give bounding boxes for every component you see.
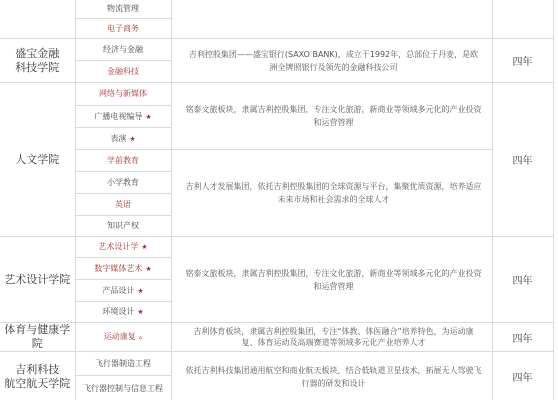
description-cell: 铭泰文旅板块，隶属吉利控股集团，专注文化旅游，新商业等领域多元化的产业投资和运营… (171, 83, 492, 150)
years-cell: 四年 (492, 237, 553, 323)
years-cell: 四年 (492, 352, 553, 400)
college-cell: 吉利科技 航空航天学院 (0, 352, 75, 400)
description-cell: 吉利人才发展集团，依托吉利控股集团的全球资源与平台，集聚优质资源，培养适应未来市… (171, 150, 492, 237)
star-icon: ★ (137, 287, 143, 295)
major-cell: 小学教育 (75, 172, 171, 194)
triangle-icon: ▵ (139, 333, 143, 341)
table-row: 盛宝金融 科技学院 经济与金融 吉利控股集团——盛宝银行(SAXO BANK)，… (0, 39, 553, 61)
major-cell: 广播电视编导★ (75, 106, 171, 128)
major-cell: 表演★ (75, 128, 171, 150)
star-icon: ★ (141, 243, 147, 251)
major-cell: 环境设计★ (75, 302, 171, 323)
college-majors-table: 物流管理 电子商务 盛宝金融 科技学院 经济与金融 吉利控股集团——盛宝银行(S… (0, 0, 554, 400)
major-cell: 物流管理 (75, 0, 171, 19)
years-cell (492, 0, 553, 39)
table-row: 学前教育 吉利人才发展集团，依托吉利控股集团的全球资源与平台，集聚优质资源，培养… (0, 150, 553, 172)
major-cell: 知识产权 (75, 216, 171, 237)
star-icon: ★ (145, 265, 151, 273)
table-row: 艺术设计学院 艺术设计学★ 铭泰文旅板块，隶属吉利控股集团，专注文化旅游，新商业… (0, 237, 553, 258)
star-icon: ★ (137, 308, 143, 316)
major-cell: 飞行器制造工程 (75, 352, 171, 376)
major-cell: 金融科技 (75, 61, 171, 83)
major-cell: 运动康复▵ (75, 323, 171, 352)
major-cell: 电子商务 (75, 19, 171, 39)
star-icon: ★ (145, 113, 151, 121)
major-cell: 经济与金融 (75, 39, 171, 61)
table-row: 吉利科技 航空航天学院 飞行器制造工程 依托吉利科技集团通用航空和商业航天板块，… (0, 352, 553, 376)
years-cell: 四年 (492, 39, 553, 83)
description-cell: 吉利控股集团——盛宝银行(SAXO BANK)，成立于1992年，总部位于丹麦，… (171, 39, 492, 83)
college-cell: 盛宝金融 科技学院 (0, 39, 75, 83)
years-cell: 四年 (492, 323, 553, 352)
major-cell: 产品设计★ (75, 280, 171, 302)
major-cell: 飞行器控制与信息工程 (75, 376, 171, 400)
college-cell: 人文学院 (0, 83, 75, 237)
major-cell: 艺术设计学★ (75, 237, 171, 258)
table-row: 体育与健康学院 运动康复▵ 吉利体育板块，隶属吉利控股集团，专注“体教、体医融合… (0, 323, 553, 352)
table-row: 人文学院 网络与新媒体 铭泰文旅板块，隶属吉利控股集团，专注文化旅游，新商业等领… (0, 83, 553, 106)
years-cell: 四年 (492, 83, 553, 237)
college-cell: 艺术设计学院 (0, 237, 75, 323)
college-cell (0, 0, 75, 39)
major-cell: 网络与新媒体 (75, 83, 171, 106)
major-cell: 数字媒体艺术★ (75, 258, 171, 280)
description-cell: 依托吉利科技集团通用航空和商业航天板块，结合低轨道卫星技术，拓展无人驾驶飞行器的… (171, 352, 492, 400)
description-cell: 铭泰文旅板块，隶属吉利控股集团，专注文化旅游，新商业等领域多元化的产业投资和运营… (171, 237, 492, 323)
description-cell: 吉利体育板块，隶属吉利控股集团，专注“体教、体医融合”培养特色，为运动康复、体育… (171, 323, 492, 352)
college-cell: 体育与健康学院 (0, 323, 75, 352)
table-row: 物流管理 (0, 0, 553, 19)
major-cell: 学前教育 (75, 150, 171, 172)
star-icon: ★ (129, 135, 135, 143)
description-cell (171, 0, 492, 39)
major-cell: 英语 (75, 194, 171, 216)
